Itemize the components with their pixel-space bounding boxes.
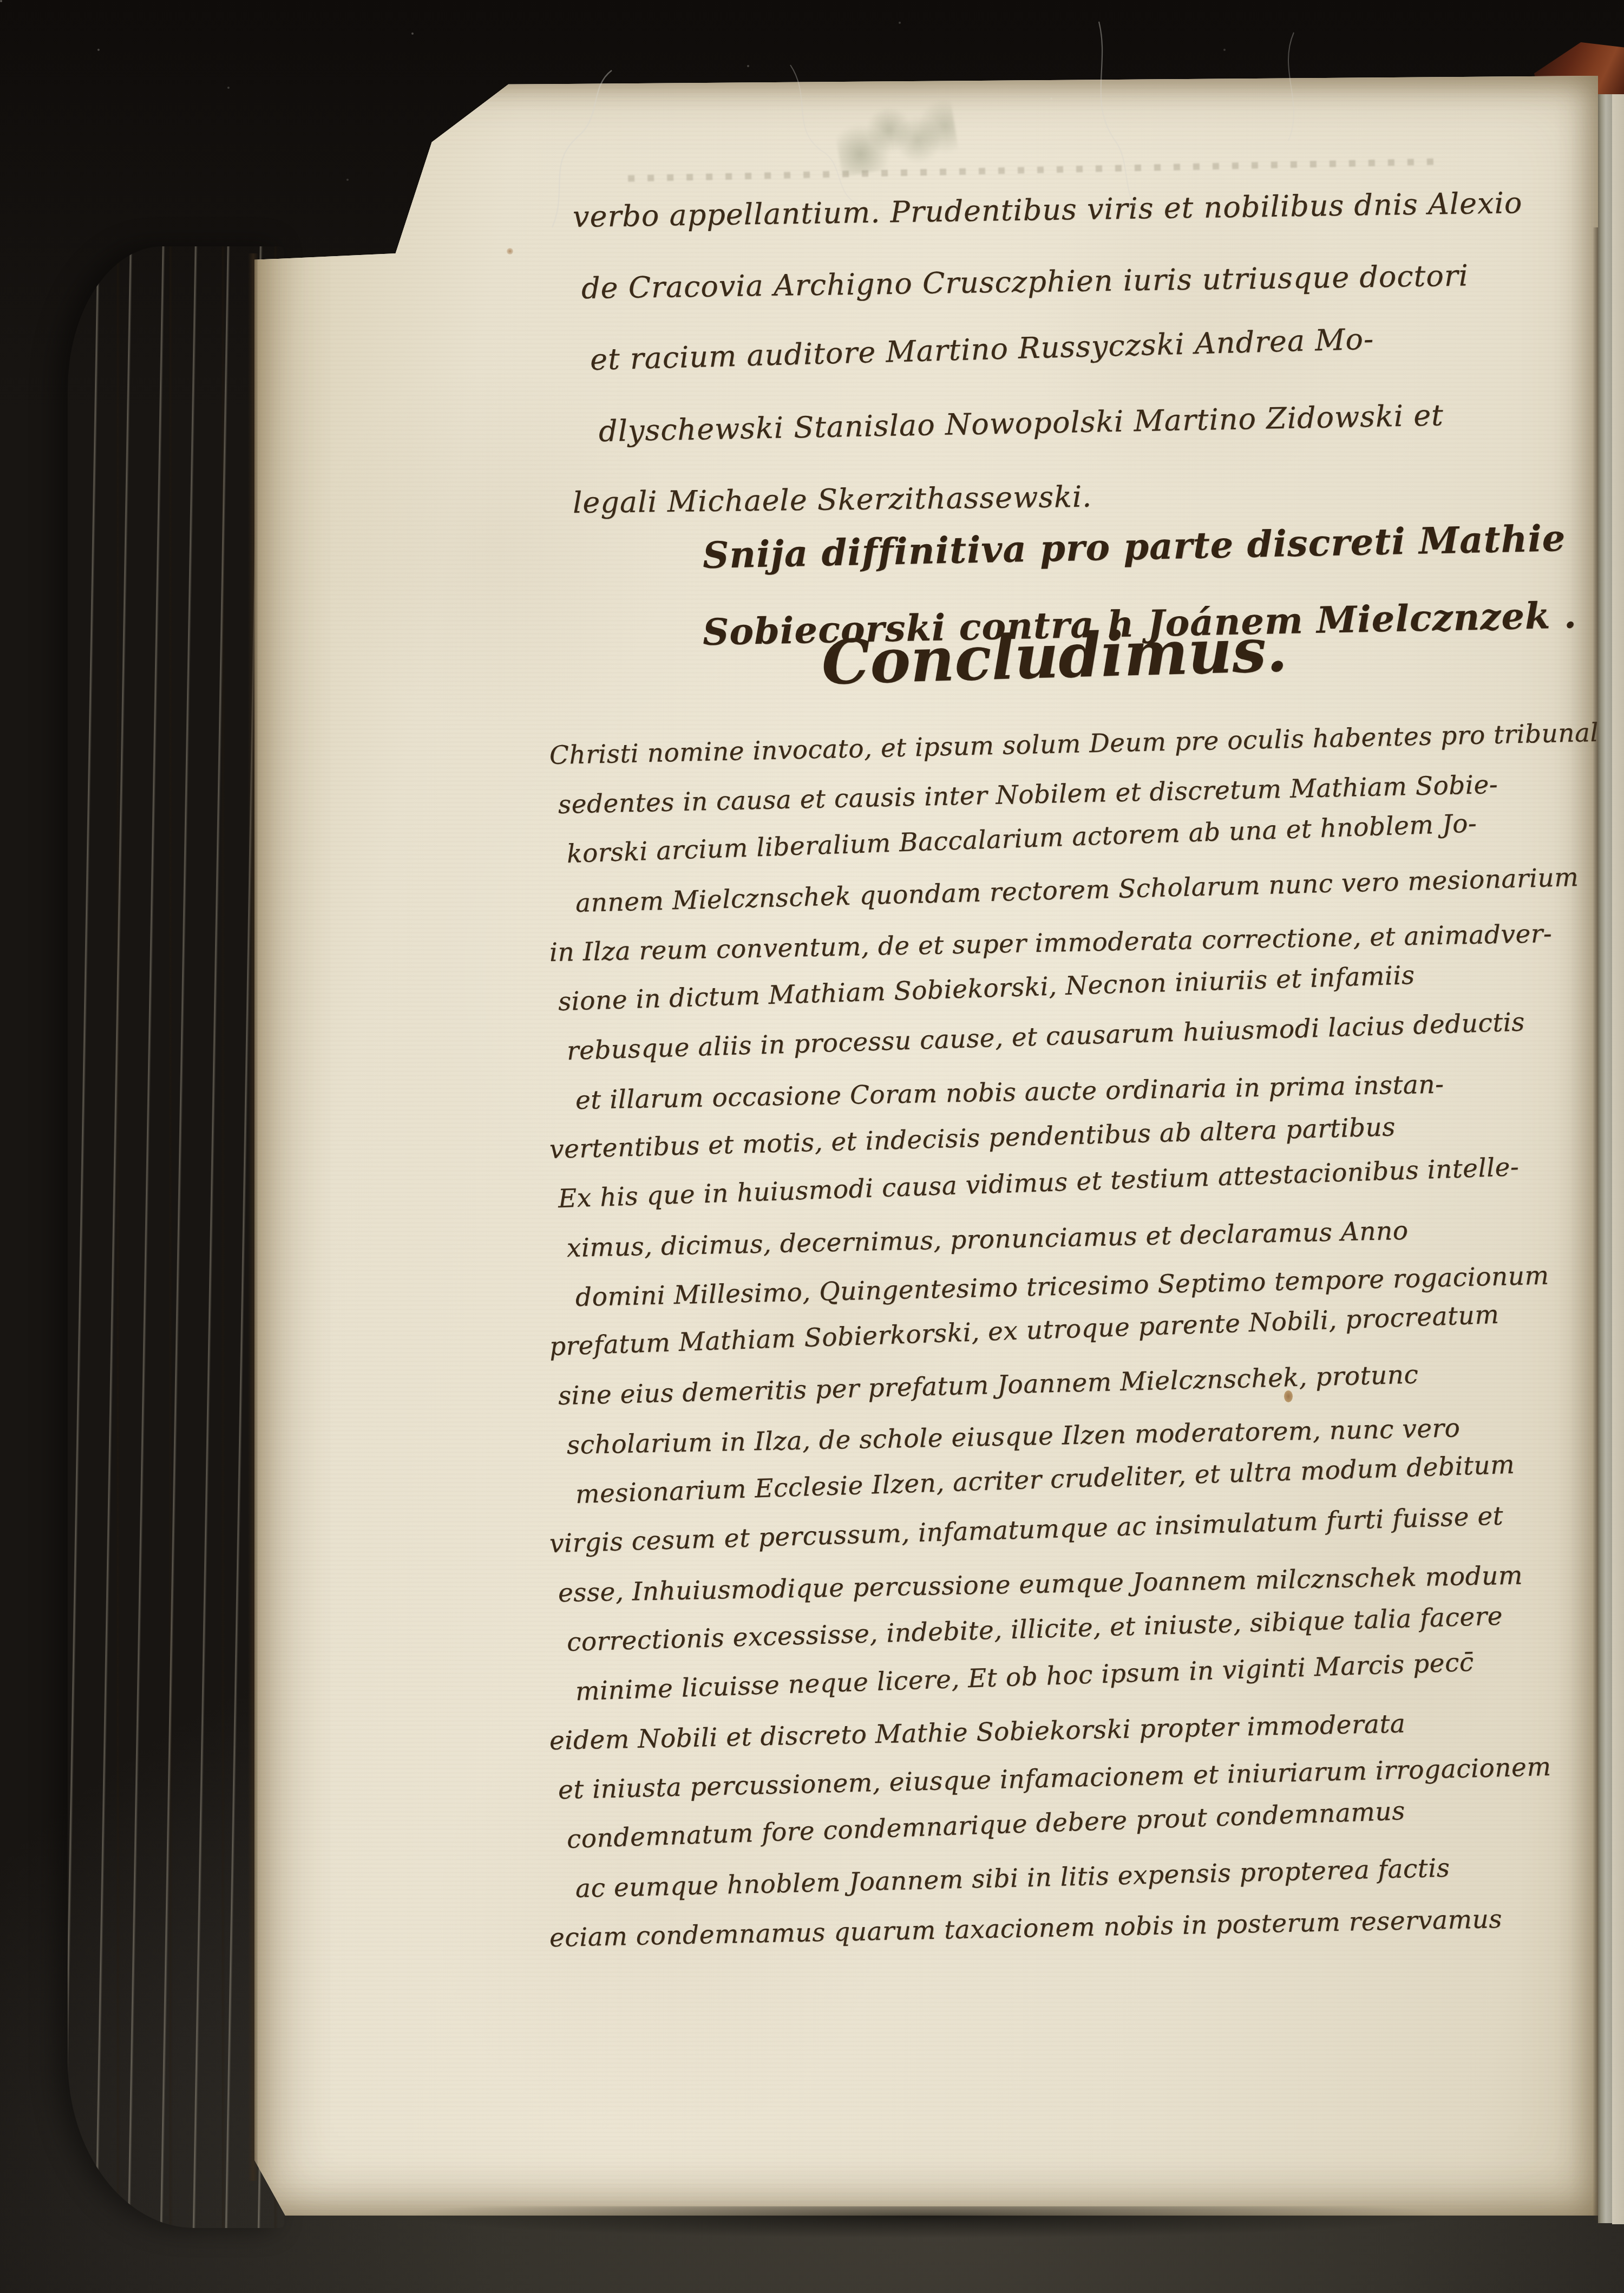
page-gutter-seam xyxy=(248,253,258,2181)
manuscript-page: verbo appellantium. Prudentibus viris et… xyxy=(254,76,1598,2216)
glass-strip xyxy=(1598,80,1612,2223)
page-right-crease xyxy=(1593,227,1598,2220)
manuscript-line: verbo appellantium. Prudentibus viris et… xyxy=(572,167,1523,253)
photo-backdrop: verbo appellantium. Prudentibus viris et… xyxy=(0,0,1624,2293)
opening-paragraph: verbo appellantium. Prudentibus viris et… xyxy=(573,181,1522,539)
book-cast-shadow xyxy=(233,2206,1619,2255)
judgment-body: Christi nomine invocato, et ipsum solum … xyxy=(549,731,1607,1963)
section-heading: Concludimus. xyxy=(821,610,1288,704)
dust-specks xyxy=(0,0,2,2)
handwritten-text-layer: verbo appellantium. Prudentibus viris et… xyxy=(254,76,1598,2216)
next-leaf-edge xyxy=(1612,82,1624,2224)
